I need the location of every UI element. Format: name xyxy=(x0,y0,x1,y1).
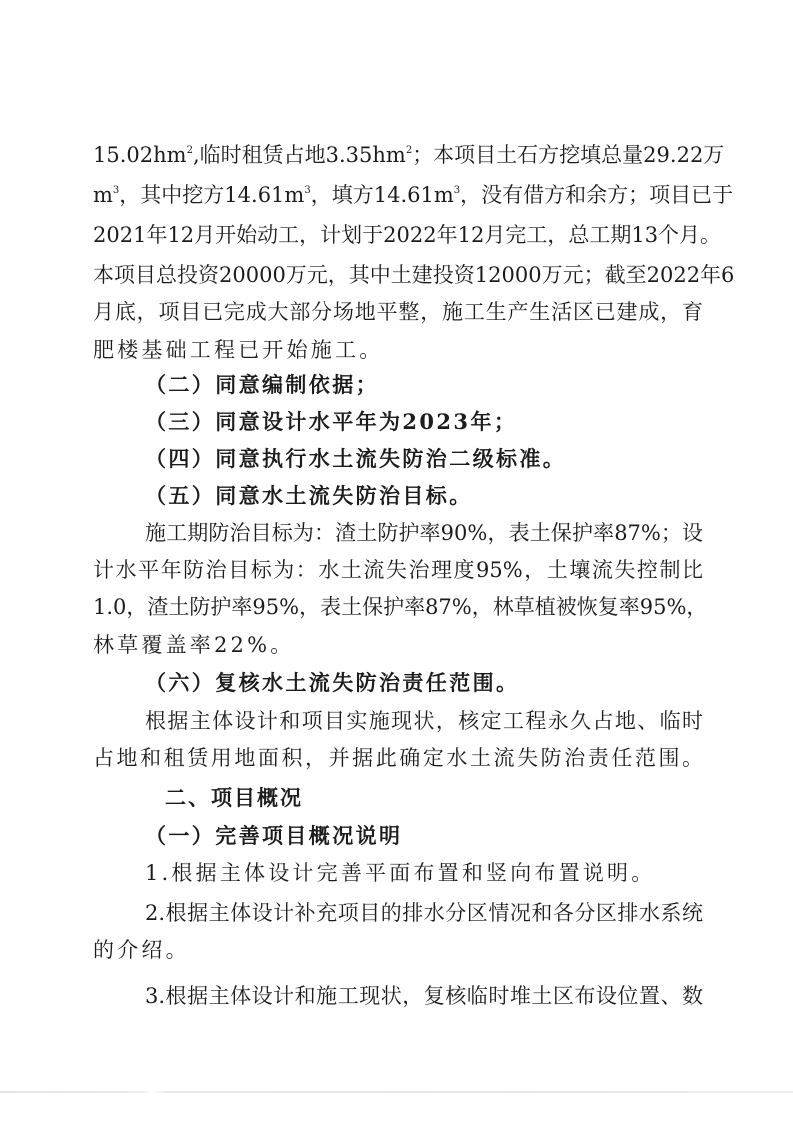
paragraph-line: 占地和租赁用地面积，并据此确定水土流失防治责任范围。 xyxy=(93,743,703,773)
list-item: 1.根据主体设计完善平面布置和竖向布置说明。 xyxy=(145,858,703,888)
approval-heading: （二）同意编制依据； xyxy=(145,370,703,400)
text-run: ，其中挖方14.61m xyxy=(119,183,304,207)
text-run: ，没有借方和余方；项目已于 xyxy=(460,183,733,207)
approval-heading: （三）同意设计水平年为2023年； xyxy=(145,407,703,437)
section-title: 二、项目概况 xyxy=(165,783,775,813)
approval-heading: （五）同意水土流失防治目标。 xyxy=(145,481,703,511)
paragraph-line: 月底，项目已完成大部分场地平整，施工生产生活区已建成，育 xyxy=(93,297,703,327)
paragraph-line: 2021年12月开始动工，计划于2022年12月完工，总工期13个月。 xyxy=(93,220,703,250)
responsibility-heading: （六）复核水土流失防治责任范围。 xyxy=(145,668,703,698)
list-item-continuation: 的介绍。 xyxy=(93,935,703,965)
subsection-title: （一）完善项目概况说明 xyxy=(145,821,703,851)
scan-artifact-line xyxy=(0,1091,793,1093)
text-run: m xyxy=(93,183,113,207)
text-run: ,临时租赁占地3.35hm xyxy=(193,143,406,167)
list-item: 3.根据主体设计和施工现状，复核临时堆土区布设位置、数 xyxy=(145,981,703,1011)
paragraph-line: 根据主体设计和项目实施现状，核定工程永久占地、临时 xyxy=(145,706,703,736)
paragraph-line: 林草覆盖率22%。 xyxy=(93,630,703,660)
approval-heading: （四）同意执行水土流失防治二级标准。 xyxy=(145,444,703,474)
text-run: ；本项目土石方挖填总量29.22万 xyxy=(412,143,724,167)
paragraph-line: 计水平年防治目标为：水土流失治理度95%，土壤流失控制比 xyxy=(93,555,703,585)
paragraph-line: 1.0，渣土防护率95%，表土保护率87%，林草植被恢复率95%， xyxy=(93,592,703,622)
paragraph-line: 肥楼基础工程已开始施工。 xyxy=(93,335,703,365)
list-item: 2.根据主体设计补充项目的排水分区情况和各分区排水系统 xyxy=(145,898,703,928)
paragraph-line: 施工期防治目标为：渣土防护率90%，表土保护率87%；设 xyxy=(145,518,703,548)
paragraph-line: 本项目总投资20000万元，其中土建投资12000万元；截至2022年6 xyxy=(93,260,703,290)
paragraph-line: m3，其中挖方14.61m3，填方14.61m3，没有借方和余方；项目已于 xyxy=(93,180,703,210)
document-page: 15.02hm2,临时租赁占地3.35hm2；本项目土石方挖填总量29.22万 … xyxy=(0,0,793,1122)
paragraph-line: 15.02hm2,临时租赁占地3.35hm2；本项目土石方挖填总量29.22万 xyxy=(93,140,703,170)
text-run: ，填方14.61m xyxy=(311,183,454,207)
text-run: 15.02hm xyxy=(93,143,187,167)
